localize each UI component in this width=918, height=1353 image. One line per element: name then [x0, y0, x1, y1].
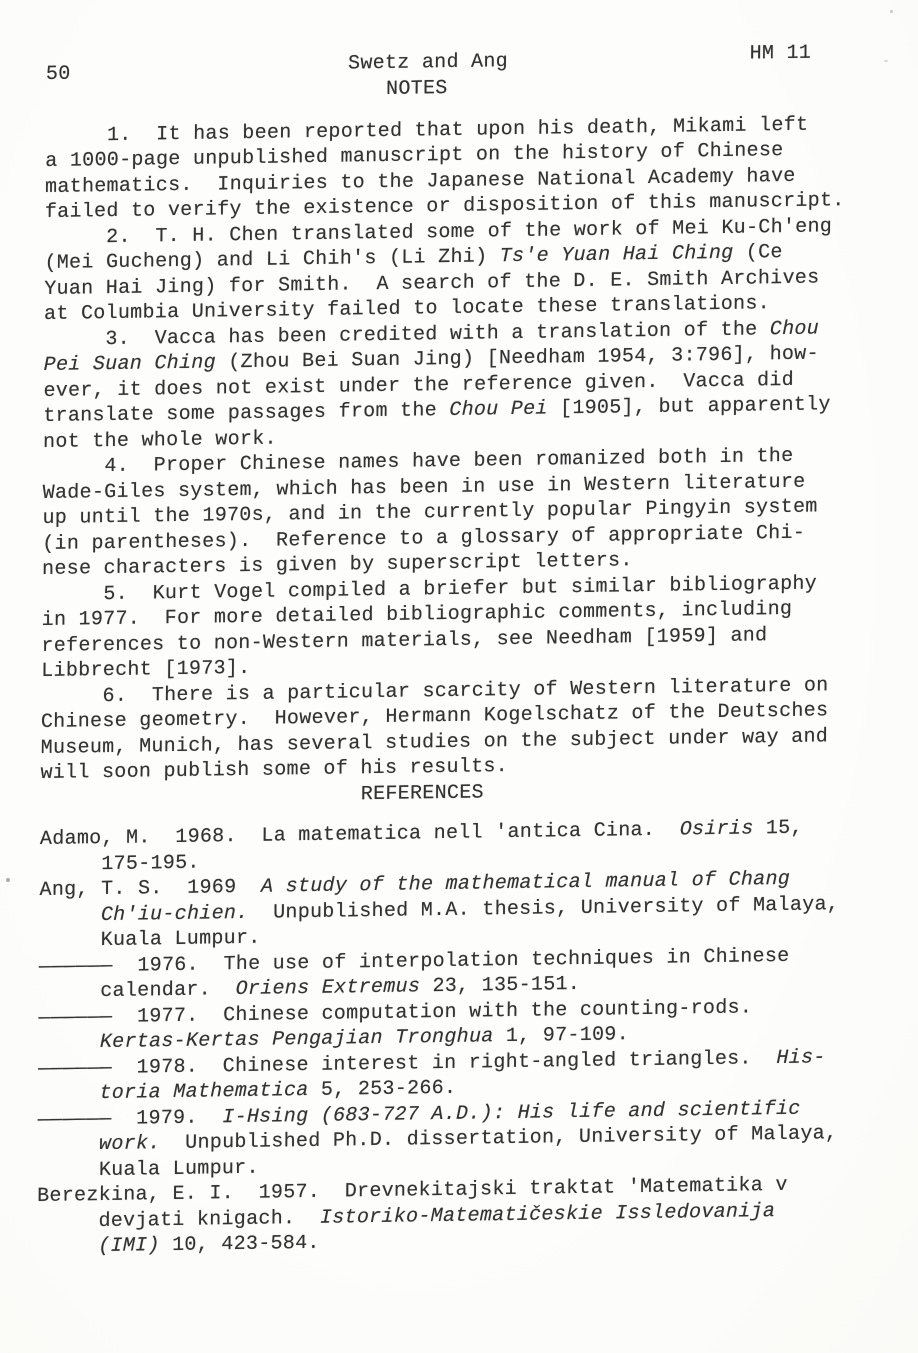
note-paragraph: 6. There is a particular scarcity of Wes… [40, 672, 873, 786]
page-content: 50 Swetz and Ang HM 11 NOTES 1. It has b… [0, 0, 918, 1261]
note-paragraph: 3. Vacca has been credited with a transl… [43, 315, 876, 455]
notes-list: 1. It has been reported that upon his de… [40, 111, 877, 786]
reference-entry: Ang, T. S. 1969 A study of the mathemati… [39, 866, 872, 955]
running-header: Swetz and Ang [348, 49, 508, 77]
references-list: Adamo, M. 1968. La matematica nell 'anti… [37, 815, 873, 1261]
note-paragraph: 5. Kurt Vogel compiled a briefer but sim… [41, 570, 874, 684]
reference-entry: Berezkina, E. I. 1957. Drevnekitajski tr… [37, 1172, 870, 1261]
journal-code: HM 11 [750, 41, 812, 67]
reference-entry: —————— 1979. I-Hsing (683-727 A.D.): His… [37, 1095, 870, 1184]
note-paragraph: 2. T. H. Chen translated some of the wor… [44, 213, 877, 327]
note-paragraph: 1. It has been reported that upon his de… [45, 111, 878, 225]
scanned-paper-page: 50 Swetz and Ang HM 11 NOTES 1. It has b… [0, 0, 918, 1353]
note-paragraph: 4. Proper Chinese names have been romani… [42, 443, 875, 583]
